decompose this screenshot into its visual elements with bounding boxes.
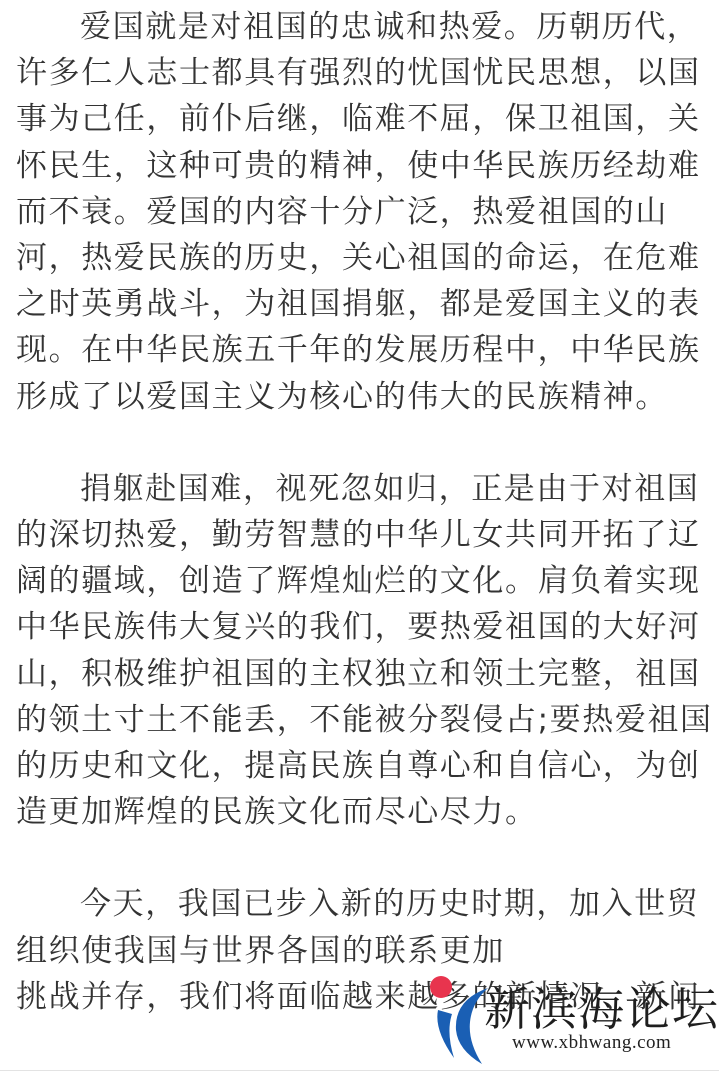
- text-line: 捐躯赴国难，视死忽如归，正是由于对祖国: [16, 466, 706, 512]
- text-line: 阔的疆域，创造了辉煌灿烂的文化。肩负着实现: [16, 558, 706, 604]
- watermark-url: www.xbhwang.com: [512, 1032, 671, 1054]
- text-line: 而不衰。爱国的内容十分广泛，热爱祖国的山: [16, 189, 706, 235]
- text-line: 河，热爱民族的历史，关心祖国的命运，在危难: [16, 235, 706, 281]
- text-line: 今天，我国已步入新的历史时期，加入世贸: [16, 881, 706, 927]
- text-line: 的领土寸土不能丢，不能被分裂侵占;要热爱祖国: [16, 697, 706, 743]
- text-line: 山，积极维护祖国的主权独立和领土完整，祖国: [16, 651, 706, 697]
- text-line: 之时英勇战斗，为祖国捐躯，都是爱国主义的表: [16, 281, 706, 327]
- text-line: 组织使我国与世界各国的联系更加: [16, 928, 706, 974]
- text-line: 的深切热爱，勤劳智慧的中华儿女共同开拓了辽: [16, 512, 706, 558]
- text-line: 现。在中华民族五千年的发展历程中，中华民族: [16, 327, 706, 373]
- text-line: 形成了以爱国主义为核心的伟大的民族精神。: [16, 374, 706, 420]
- text-line: 中华民族伟大复兴的我们，要热爱祖国的大好河: [16, 604, 706, 650]
- text-line: 爱国就是对祖国的忠诚和热爱。历朝历代，: [16, 4, 706, 50]
- text-line: 造更加辉煌的民族文化而尽心尽力。: [16, 789, 706, 835]
- paragraph-2: 捐躯赴国难，视死忽如归，正是由于对祖国 的深切热爱，勤劳智慧的中华儿女共同开拓了…: [16, 466, 706, 836]
- text-line: 事为己任，前仆后继，临难不屈，保卫祖国，关: [16, 96, 706, 142]
- text-line: 怀民生，这种可贵的精神，使中华民族历经劫难: [16, 143, 706, 189]
- paragraph-1: 爱国就是对祖国的忠诚和热爱。历朝历代， 许多仁人志士都具有强烈的忧国忧民思想，以…: [16, 4, 706, 420]
- site-watermark: 新滨海论坛 www.xbhwang.com: [418, 972, 718, 1062]
- watermark-title: 新滨海论坛: [484, 984, 719, 1034]
- text-line: 许多仁人志士都具有强烈的忧国忧民思想，以国: [16, 50, 706, 96]
- article-body: 爱国就是对祖国的忠诚和热爱。历朝历代， 许多仁人志士都具有强烈的忧国忧民思想，以…: [16, 4, 706, 1066]
- bottom-divider: [0, 1070, 719, 1071]
- logo-dot-icon: [430, 976, 452, 998]
- text-line: 的历史和文化，提高民族自尊心和自信心，为创: [16, 743, 706, 789]
